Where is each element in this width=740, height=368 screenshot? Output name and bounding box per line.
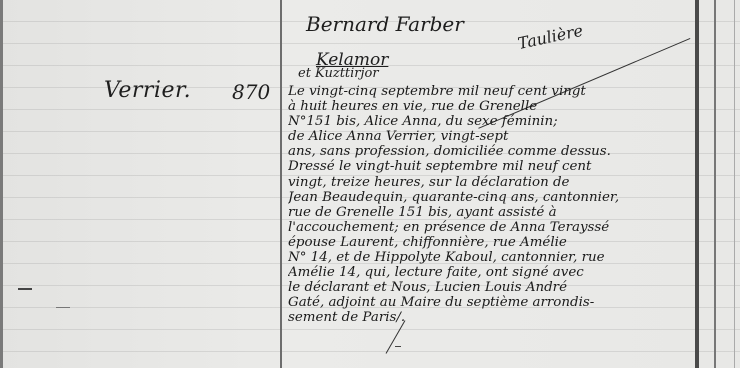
closing-mark <box>395 346 401 347</box>
right-rule-edge <box>734 0 735 368</box>
body-line: Le vingt-cinq septembre mil neuf cent vi… <box>288 84 693 99</box>
margin-mark <box>56 307 70 308</box>
body-line: vingt, treize heures, sur la déclaration… <box>288 175 693 190</box>
page-edge <box>0 0 3 368</box>
right-rule-outer <box>695 0 699 368</box>
body-line: rue de Grenelle 151 bis, ayant assisté à <box>288 205 693 220</box>
margin-mark <box>18 288 32 290</box>
margin-rule <box>280 0 282 368</box>
body-line: Dressé le vingt-huit septembre mil neuf … <box>288 159 693 174</box>
correction-subtext: et Kuzttirjor <box>298 66 379 81</box>
body-line: de Alice Anna Verrier, vingt-sept <box>288 129 693 144</box>
margin-surname: Verrier. <box>104 78 191 103</box>
body-line: Jean Beaudequin, quarante-cinq ans, cant… <box>288 190 693 205</box>
right-rule-inner <box>714 0 716 368</box>
annotation-name: Bernard Farber <box>306 12 464 36</box>
entry-number: 870 <box>232 80 270 104</box>
body-line: Gaté, adjoint au Maire du septième arron… <box>288 295 693 310</box>
body-line: le déclarant et Nous, Lucien Louis André <box>288 280 693 295</box>
body-line: épouse Laurent, chiffonnière, rue Amélie <box>288 235 693 250</box>
body-line: ans, sans profession, domiciliée comme d… <box>288 144 693 159</box>
body-line: Amélie 14, qui, lecture faite, ont signé… <box>288 265 693 280</box>
body-line: sement de Paris/. <box>288 310 693 325</box>
body-line: l'accouchement; en présence de Anna Tera… <box>288 220 693 235</box>
body-line: à huit heures en vie, rue de Grenelle <box>288 99 693 114</box>
body-line: N° 14, et de Hippolyte Kaboul, cantonnie… <box>288 250 693 265</box>
body-line: N°151 bis, Alice Anna, du sexe féminin; <box>288 114 693 129</box>
entry-body: Le vingt-cinq septembre mil neuf cent vi… <box>288 84 693 326</box>
